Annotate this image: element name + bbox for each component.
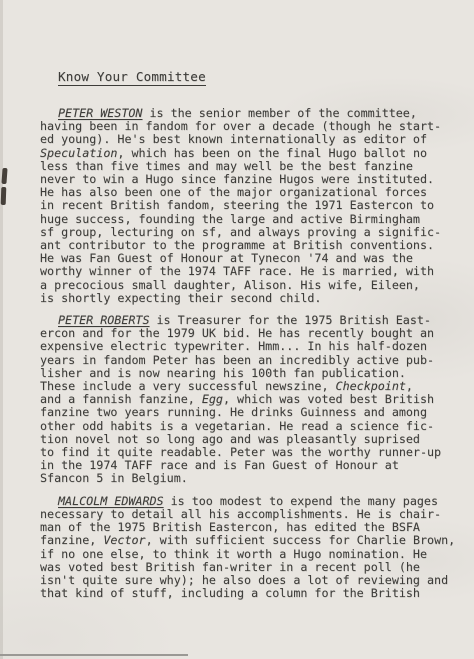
- ink-smudge-mark: [1, 187, 7, 205]
- page-bottom-edge-line: [0, 654, 188, 656]
- member-name: PETER ROBERTS: [58, 313, 149, 327]
- bio-paragraph-malcolm-edwards: MALCOLM EDWARDS is too modest to expend …: [40, 495, 466, 601]
- ink-smudge-mark: [1, 168, 7, 184]
- fanzine-title: Speculation: [40, 146, 117, 160]
- bio-paragraph-peter-roberts: PETER ROBERTS is Treasurer for the 1975 …: [40, 314, 466, 486]
- body-text: , which has been on the final Hugo ballo…: [40, 146, 441, 305]
- fanzine-title: Vector: [103, 533, 145, 547]
- page-heading: Know Your Committee: [58, 70, 206, 86]
- page-left-edge-shade: [0, 0, 3, 659]
- fanzine-title: Checkpoint: [336, 379, 406, 393]
- scanned-document-page: Know Your Committee PETER WESTON is the …: [0, 0, 474, 659]
- document-content: Know Your Committee PETER WESTON is the …: [40, 66, 466, 609]
- bio-paragraph-peter-weston: PETER WESTON is the senior member of the…: [40, 107, 466, 305]
- fanzine-title: Egg: [202, 392, 223, 406]
- bio-paragraphs: PETER WESTON is the senior member of the…: [40, 107, 466, 600]
- body-text: , which was voted best British fanzine t…: [40, 392, 441, 485]
- member-name: MALCOLM EDWARDS: [58, 494, 164, 508]
- member-name: PETER WESTON: [58, 106, 142, 120]
